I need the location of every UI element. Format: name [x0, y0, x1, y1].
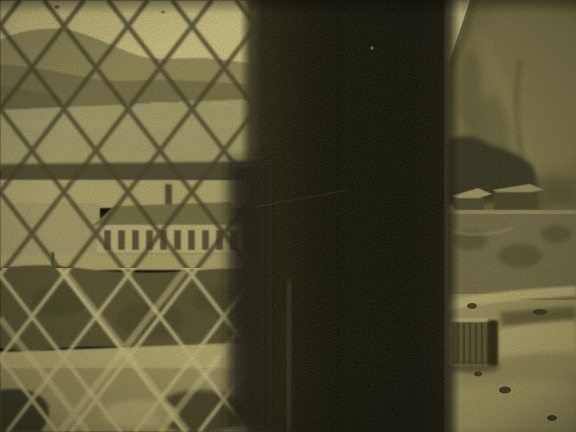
film-still: View through an out-of-focus chain-link …: [0, 0, 576, 432]
scene-canvas: [0, 0, 576, 432]
vignette: [0, 0, 576, 432]
